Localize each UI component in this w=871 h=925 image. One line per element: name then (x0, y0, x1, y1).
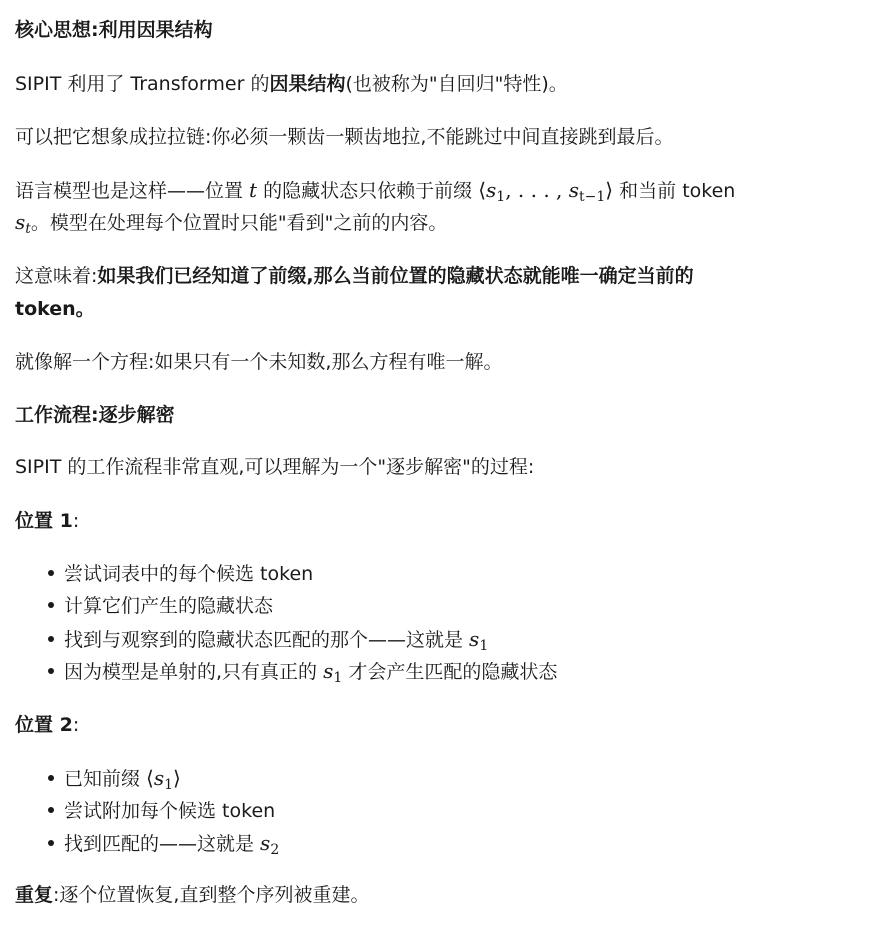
text: 的隐藏状态只依赖于前缀 (257, 180, 478, 202)
bold-text: 因果结构 (269, 73, 345, 95)
paragraph-repeat: 重复:逐个位置恢复,直到整个序列被重建。 (15, 880, 369, 910)
math-prefix: ⟨s1, . . . , st−1⟩ (478, 178, 613, 202)
text: 语言模型也是这样——位置 (15, 180, 249, 202)
math-prefix-s1: ⟨s1⟩ (146, 766, 181, 790)
list-item: 计算它们产生的隐藏状态 (48, 591, 273, 621)
label-position-1: 位置 1: (15, 506, 79, 536)
bullet-icon (48, 775, 54, 781)
label-position-2: 位置 2: (15, 710, 79, 740)
math-s2: s2 (260, 831, 279, 855)
text: 和当前 token (613, 180, 735, 202)
bullet-icon (48, 807, 54, 813)
bullet-icon (48, 636, 54, 642)
text: (也被称为"自回归"特性)。 (345, 73, 567, 95)
math-s1: s1 (323, 659, 342, 683)
list-item: 找到与观察到的隐藏状态匹配的那个——这就是 s1 (48, 624, 488, 655)
math-s1: s1 (469, 627, 488, 651)
list-item: 因为模型是单射的,只有真正的 s1 才会产生匹配的隐藏状态 (48, 656, 557, 687)
bullet-icon (48, 668, 54, 674)
heading-core-idea: 核心思想:利用因果结构 (15, 15, 213, 45)
bullet-icon (48, 570, 54, 576)
list-item: 尝试词表中的每个候选 token (48, 559, 313, 589)
bullet-icon (48, 840, 54, 846)
text: SIPIT 利用了 Transformer 的 (15, 73, 269, 95)
list-item: 已知前缀 ⟨s1⟩ (48, 763, 181, 794)
text: 这意味着: (15, 265, 97, 287)
bold-text: 如果我们已经知道了前缀,那么当前位置的隐藏状态就能唯一确定当前的 (97, 265, 693, 287)
heading-workflow: 工作流程:逐步解密 (15, 400, 175, 430)
math-t: t (249, 178, 257, 202)
paragraph-equation-analogy: 就像解一个方程:如果只有一个未知数,那么方程有唯一解。 (15, 347, 502, 377)
paragraph-zipper-analogy: 可以把它想象成拉拉链:你必须一颗齿一颗齿地拉,不能跳过中间直接跳到最后。 (15, 122, 673, 152)
paragraph-prefix-dependency-line2: st。模型在处理每个位置时只能"看到"之前的内容。 (15, 207, 447, 238)
list-item: 找到匹配的——这就是 s2 (48, 828, 279, 859)
paragraph-workflow-intro: SIPIT 的工作流程非常直观,可以理解为一个"逐步解密"的过程: (15, 452, 534, 482)
math-s-t: st (15, 210, 31, 234)
paragraph-causal-structure: SIPIT 利用了 Transformer 的因果结构(也被称为"自回归"特性)… (15, 69, 568, 99)
paragraph-implication-line1: 这意味着:如果我们已经知道了前缀,那么当前位置的隐藏状态就能唯一确定当前的 (15, 261, 694, 291)
text: 。模型在处理每个位置时只能"看到"之前的内容。 (31, 212, 447, 234)
list-item: 尝试附加每个候选 token (48, 796, 275, 826)
paragraph-prefix-dependency-line1: 语言模型也是这样——位置 t 的隐藏状态只依赖于前缀 ⟨s1, . . . , … (15, 175, 735, 206)
paragraph-implication-line2: token。 (15, 294, 95, 324)
bullet-icon (48, 602, 54, 608)
